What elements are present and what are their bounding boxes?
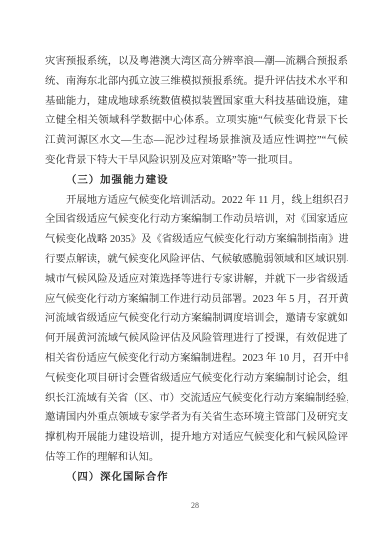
body-text-line: 立健全相关领域科学数据中心体系。立项实施“气候变化背景下长	[45, 111, 348, 131]
body-text-line: 开展地方适应气候变化培训活动。2022 年 11 月，线上组织召开	[45, 191, 348, 211]
body-text-line: 行要点解读，就气候变化风险评估、气候敏感脆弱领域和区域识别、	[45, 250, 348, 270]
body-text-line: 河流域省级适应气候变化行动方案编制调度培训会，邀请专家就如	[45, 309, 348, 329]
body-text-line: 气候变化战略 2035》及《省级适应气候变化行动方案编制指南》进	[45, 230, 348, 250]
body-text-line: 织长江流域有关省（区、市）交流适应气候变化行动方案编制经验，	[45, 389, 348, 409]
text-block: 灾害预报系统，以及粤港澳大湾区高分辨率浪—潮—流耦合预报系 统、南海东北部内孤立…	[45, 52, 348, 488]
section-heading-3: （三）加强能力建设	[45, 171, 348, 191]
body-text-line: 气候变化项目研讨会暨省级适应气候变化行动方案编制讨论会，组	[45, 369, 348, 389]
body-text-line: 估等工作的理解和认知。	[45, 448, 348, 468]
body-text-line: 基础能力，建成地球系统数值模拟装置国家重大科技基础设施，建	[45, 92, 348, 112]
body-text-line: 城市气候风险及适应对策选择等进行专家讲解，并就下一步省级适	[45, 270, 348, 290]
document-page: 灾害预报系统，以及粤港澳大湾区高分辨率浪—潮—流耦合预报系 统、南海东北部内孤立…	[0, 0, 390, 551]
body-text-line: 何开展黄河流域气候风险评估及风险管理进行了授课，有效促进了	[45, 329, 348, 349]
body-text-line: 邀请国内外重点领域专家学者为有关省生态环境主管部门及研究支	[45, 408, 348, 428]
body-text-line: 灾害预报系统，以及粤港澳大湾区高分辨率浪—潮—流耦合预报系	[45, 52, 348, 72]
section-heading-4: （四）深化国际合作	[45, 468, 348, 488]
body-text-line: 应气候变化行动方案编制工作进行动员部署。2023 年 5 月，召开黄	[45, 290, 348, 310]
body-text-line: 统、南海东北部内孤立波三维模拟预报系统。提升评估技术水平和	[45, 72, 348, 92]
body-text-line: 相关省份适应气候变化行动方案编制进程。2023 年 10 月，召开中德	[45, 349, 348, 369]
body-text-line: 江黄河源区水文—生态—泥沙过程场景推演及适应性调控”“气候	[45, 131, 348, 151]
page-number: 28	[0, 500, 390, 511]
body-text-line: 变化背景下特大干旱风险识别及应对策略”等一批项目。	[45, 151, 348, 171]
body-text-line: 全国省级适应气候变化行动方案编制工作动员培训，对《国家适应	[45, 210, 348, 230]
body-text-line: 撑机构开展能力建设培训，提升地方对适应气候变化和气候风险评	[45, 428, 348, 448]
